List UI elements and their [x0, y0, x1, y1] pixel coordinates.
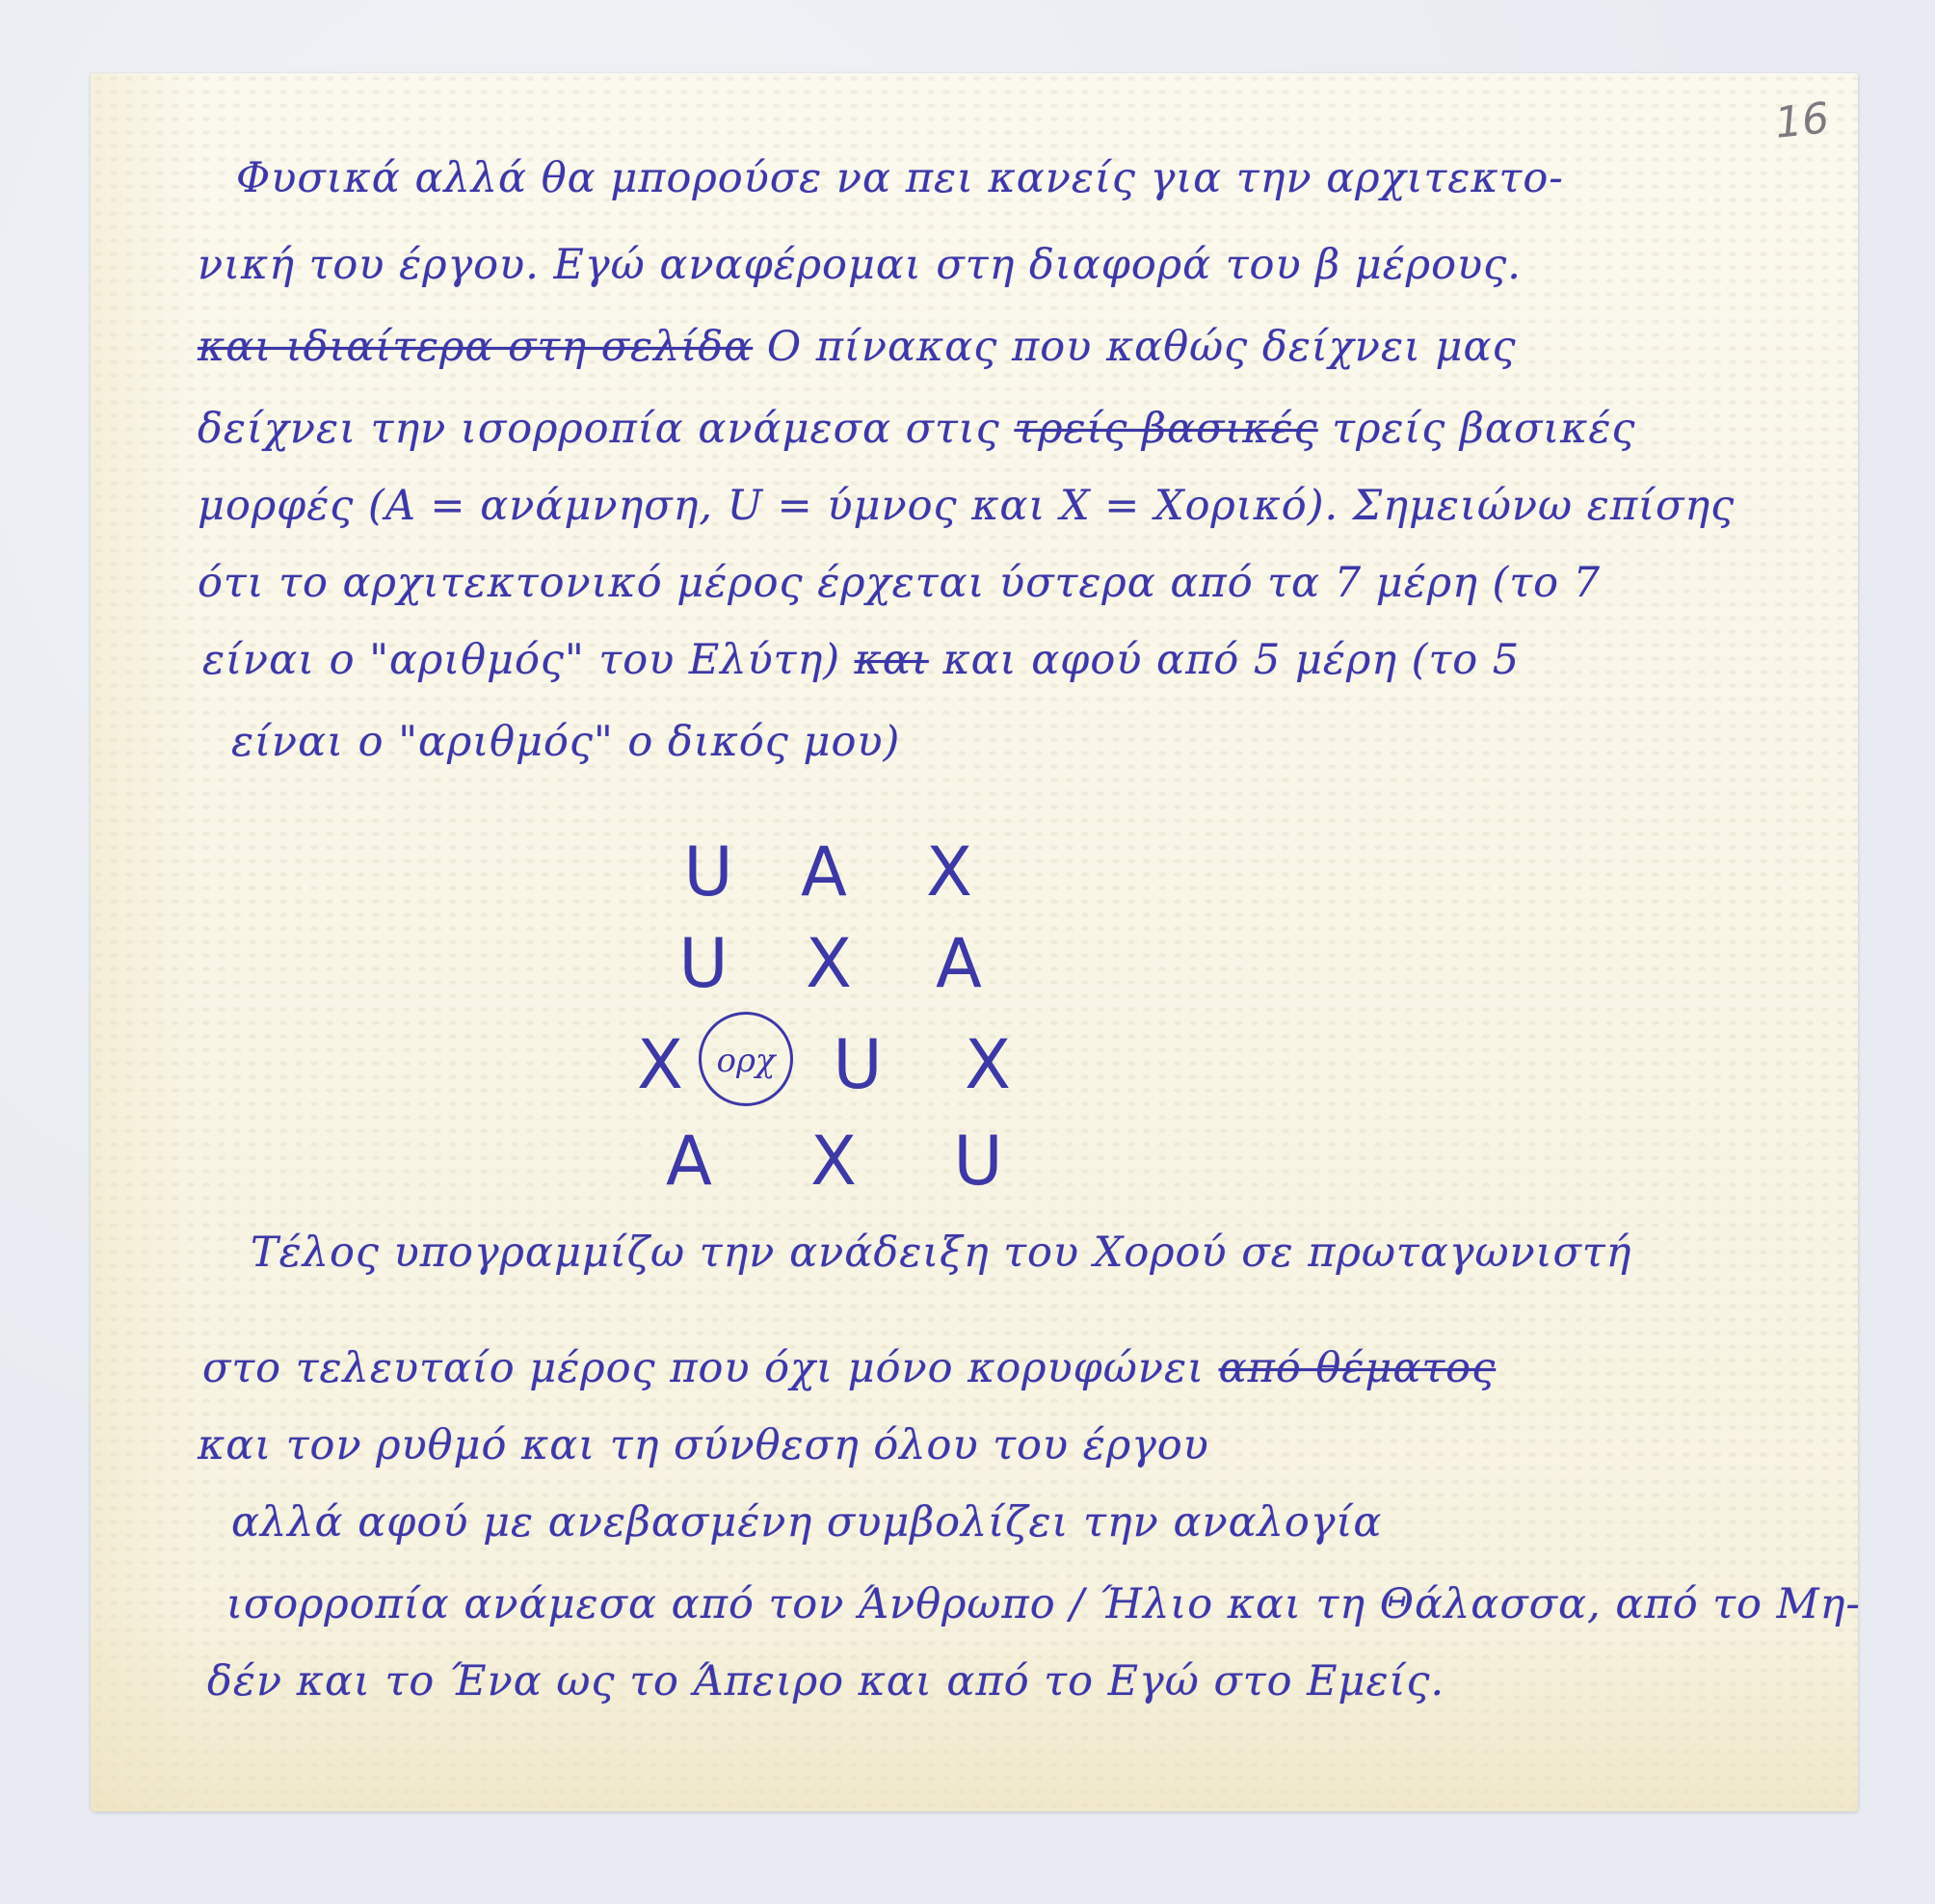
- matrix-cell: X: [935, 1021, 1041, 1108]
- circled-annotation: ορχ: [699, 1012, 793, 1106]
- text-line: δέν και το Ένα ως το Άπειρο και από το Ε…: [207, 1657, 1445, 1706]
- matrix-cell: U: [650, 920, 756, 1007]
- text-line: και τον ρυθμό και τη σύνθεση όλου του έρ…: [198, 1421, 1209, 1469]
- text-line: είναι ο "αριθμός" του Ελύτη) και και αφο…: [202, 636, 1520, 684]
- text-line: ότι το αρχιτεκτονικό μέρος έρχεται ύστερ…: [198, 559, 1601, 607]
- text-line: είναι ο "αριθμός" ο δικός μου): [231, 718, 900, 766]
- matrix-cell: X: [896, 829, 1002, 915]
- text-line: ισορροπία ανάμεσα από τον Άνθρωπο / Ήλιο…: [226, 1580, 1861, 1628]
- struck-text: τρείς βασικές: [1014, 405, 1317, 453]
- text-line: αλλά αφού με ανεβασμένη συμβολίζει την α…: [231, 1498, 1382, 1547]
- struck-text: και: [855, 636, 929, 684]
- text-line: Τέλος υπογραμμίζω την ανάδειξη του Χορού…: [251, 1229, 1631, 1277]
- struck-text: και ιδιαίτερα στη σελίδα: [198, 323, 753, 371]
- matrix-cell: A: [906, 920, 1012, 1007]
- matrix-cell: X: [781, 1118, 887, 1204]
- text-line: στο τελευταίο μέρος που όχι μόνο κορυφών…: [202, 1344, 1496, 1392]
- text-line: μορφές (Α = ανάμνηση, U = ύμνος και Χ = …: [198, 482, 1735, 530]
- ua-x-matrix: U A X U X A X ορχ U X A X U: [626, 819, 1012, 1185]
- matrix-cell: X: [776, 920, 882, 1007]
- matrix-cell: U: [925, 1118, 1031, 1204]
- matrix-cell: U: [655, 829, 761, 915]
- matrix-cell: U: [805, 1021, 911, 1108]
- text-line: Φυσικά αλλά θα μπορούσε να πει κανείς γι…: [236, 154, 1564, 202]
- text-line: και ιδιαίτερα στη σελίδα Ο πίνακας που κ…: [198, 323, 1517, 371]
- struck-text: από θέματος: [1219, 1344, 1497, 1392]
- page-number: 16: [1772, 93, 1831, 148]
- text-line: δείχνει την ισορροπία ανάμεσα στις τρείς…: [198, 405, 1636, 453]
- matrix-cell: A: [636, 1118, 742, 1204]
- matrix-cell: X: [607, 1021, 713, 1108]
- text-line: νική του έργου. Εγώ αναφέρομαι στη διαφο…: [198, 241, 1522, 289]
- matrix-cell: A: [771, 829, 877, 915]
